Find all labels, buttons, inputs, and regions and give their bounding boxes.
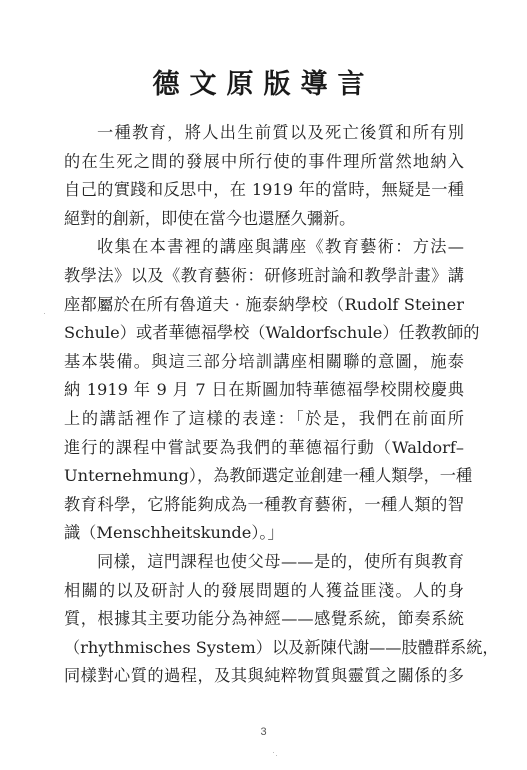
paragraph-2-line-3: 座都屬於在所有魯道夫 · 施泰納學校（Rudolf Steiner [64,291,464,320]
scan-speck [44,313,45,314]
paragraph-3-line-2: 相關的以及研討人的發展問題的人獲益匪淺。人的身 [64,577,464,606]
paragraph-3-line-5: 同樣對心質的過程，及其與純粹物質與靈質之關係的多 [64,662,464,691]
body-text: 一種教育，將人出生前質以及死亡後質和所有別 的在生死之間的發展中所行使的事件理所… [64,119,464,691]
paragraph-1-line-1: 一種教育，將人出生前質以及死亡後質和所有別 [64,119,464,148]
paragraph-2-line-11: 識（Menschheitskunde）。」 [64,519,464,548]
paragraph-2-line-4: Schule）或者華德福學校（Waldorfschule）任教教師的 [64,319,464,348]
scan-speck [273,752,274,753]
page-number: 3 [0,726,527,738]
paragraph-2-line-7: 上的講話裡作了這樣的表達：「於是，我們在前面所 [64,405,464,434]
paragraph-1-line-3: 自己的實踐和反思中，在 1919 年的當時，無疑是一種 [64,176,464,205]
paragraph-2-line-8: 進行的課程中嘗試要為我們的華德福行動（Waldorf– [64,434,464,463]
paragraph-1-line-4: 絕對的創新，即使在當今也還歷久彌新。 [64,205,464,234]
document-page: 德文原版導言 一種教育，將人出生前質以及死亡後質和所有別 的在生死之間的發展中所… [0,0,527,770]
paragraph-2-line-6: 納 1919 年 9 月 7 日在斯圖加特華德福學校開校慶典 [64,376,464,405]
paragraph-1-line-2: 的在生死之間的發展中所行使的事件理所當然地納入 [64,148,464,177]
paragraph-2-line-1: 收集在本書裡的講座與講座《教育藝術：方法— [64,233,464,262]
chapter-title: 德文原版導言 [0,62,527,101]
paragraph-2-line-10: 教育科學，它將能夠成為一種教育藝術，一種人類的智 [64,491,464,520]
scan-speck [276,755,277,756]
paragraph-3-line-1: 同樣，這門課程也使父母——是的，使所有與教育 [64,548,464,577]
paragraph-2-line-9: Unternehmung），為教師選定並創建一種人類學，一種 [64,462,464,491]
paragraph-3-line-3: 質，根據其主要功能分為神經——感覺系統，節奏系統 [64,605,464,634]
paragraph-2-line-5: 基本裝備。與這三部分培訓講座相關聯的意圖，施泰 [64,348,464,377]
paragraph-3-line-4: （rhythmisches System）以及新陳代謝——肢體群系統， [64,634,464,663]
paragraph-2-line-2: 教學法》以及《教育藝術：研修班討論和教學計畫》講 [64,262,464,291]
